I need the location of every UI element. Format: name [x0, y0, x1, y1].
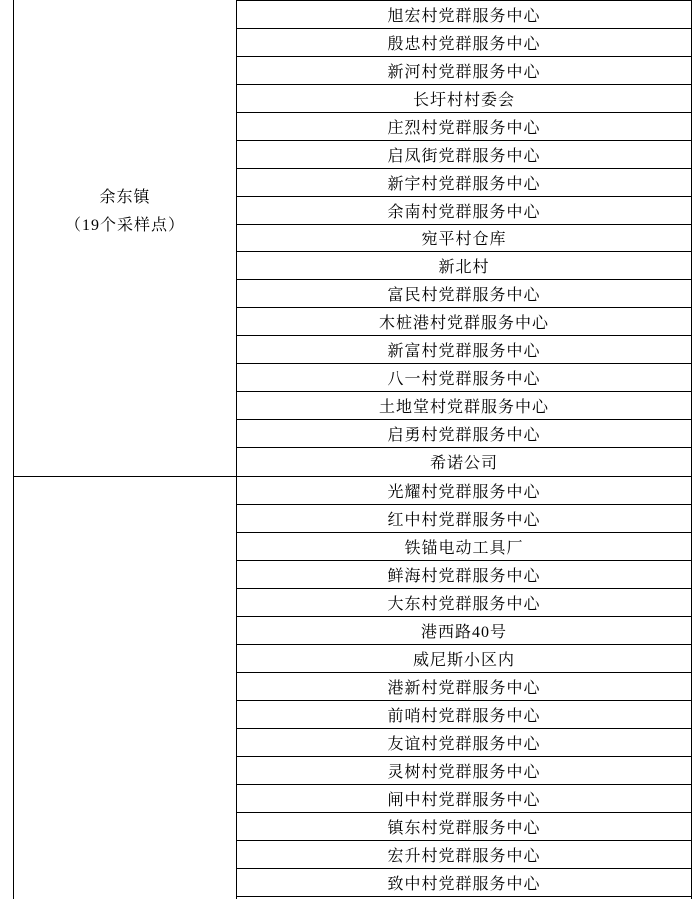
- table-row: 新北村: [237, 252, 691, 280]
- table-row: 庄烈村党群服务中心: [237, 113, 691, 141]
- site-name: 红中村党群服务中心: [387, 507, 540, 530]
- site-name: 闸中村党群服务中心: [387, 787, 540, 810]
- table-row: 长圩村村委会: [237, 85, 691, 113]
- site-name: 新北村: [438, 254, 489, 277]
- table-row: 镇东村党群服务中心: [237, 813, 691, 841]
- town-section-next: 光耀村党群服务中心 红中村党群服务中心 铁锚电动工具厂 鲜海村党群服务中心 大东…: [14, 477, 691, 899]
- site-name: 大东村党群服务中心: [387, 591, 540, 614]
- site-name: 启勇村党群服务中心: [387, 422, 540, 445]
- table-row: 启凤街党群服务中心: [237, 141, 691, 169]
- site-name: 镇东村党群服务中心: [387, 815, 540, 838]
- site-name: 木桩港村党群服务中心: [379, 310, 549, 333]
- sampling-sites-table: 余东镇 （19个采样点） 旭宏村党群服务中心 殷忠村党群服务中心 新河村党群服务…: [13, 0, 692, 899]
- site-name: 光耀村党群服务中心: [387, 479, 540, 502]
- table-row: 灵树村党群服务中心: [237, 757, 691, 785]
- site-name: 长圩村村委会: [413, 87, 515, 110]
- table-row: 港新村党群服务中心: [237, 673, 691, 701]
- table-row: 新河村党群服务中心: [237, 57, 691, 85]
- site-name: 新河村党群服务中心: [387, 59, 540, 82]
- table-row: 宛平村仓库: [237, 225, 691, 253]
- table-row: 友谊村党群服务中心: [237, 729, 691, 757]
- table-row: 殷忠村党群服务中心: [237, 29, 691, 57]
- table-row: 希诺公司: [237, 448, 691, 476]
- table-row: 木桩港村党群服务中心: [237, 308, 691, 336]
- site-name: 友谊村党群服务中心: [387, 731, 540, 754]
- table-row: 旭宏村党群服务中心: [237, 1, 691, 29]
- table-row: 前哨村党群服务中心: [237, 701, 691, 729]
- table-row: 新宇村党群服务中心: [237, 169, 691, 197]
- site-name: 新富村党群服务中心: [387, 338, 540, 361]
- site-name: 启凤街党群服务中心: [387, 143, 540, 166]
- table-row: 土地堂村党群服务中心: [237, 392, 691, 420]
- site-name: 港新村党群服务中心: [387, 675, 540, 698]
- site-rows: 光耀村党群服务中心 红中村党群服务中心 铁锚电动工具厂 鲜海村党群服务中心 大东…: [237, 477, 691, 899]
- table-row: 致中村党群服务中心: [237, 869, 691, 897]
- table-row: 富民村党群服务中心: [237, 280, 691, 308]
- site-name: 灵树村党群服务中心: [387, 759, 540, 782]
- table-row: 新富村党群服务中心: [237, 336, 691, 364]
- site-name: 威尼斯小区内: [413, 647, 515, 670]
- site-name: 余南村党群服务中心: [387, 199, 540, 222]
- table-row: 宏升村党群服务中心: [237, 841, 691, 869]
- site-name: 新宇村党群服务中心: [387, 171, 540, 194]
- site-name: 希诺公司: [430, 450, 498, 473]
- site-name: 铁锚电动工具厂: [404, 535, 523, 558]
- town-section-yudong: 余东镇 （19个采样点） 旭宏村党群服务中心 殷忠村党群服务中心 新河村党群服务…: [14, 0, 691, 477]
- town-label: 余东镇 （19个采样点）: [14, 184, 236, 240]
- table-row: 红中村党群服务中心: [237, 505, 691, 533]
- table-row: 鲜海村党群服务中心: [237, 561, 691, 589]
- site-name: 殷忠村党群服务中心: [387, 31, 540, 54]
- site-name: 旭宏村党群服务中心: [387, 3, 540, 26]
- table-row: 威尼斯小区内: [237, 645, 691, 673]
- table-row: 余南村党群服务中心: [237, 197, 691, 225]
- site-name: 鲜海村党群服务中心: [387, 563, 540, 586]
- table-row: 八一村党群服务中心: [237, 364, 691, 392]
- town-cell: 余东镇 （19个采样点）: [14, 0, 237, 476]
- table-row: 光耀村党群服务中心: [237, 477, 691, 505]
- town-name: 余东镇: [14, 184, 236, 212]
- town-cell-empty: [14, 477, 237, 899]
- site-name: 庄烈村党群服务中心: [387, 115, 540, 138]
- site-name: 宏升村党群服务中心: [387, 843, 540, 866]
- site-name: 致中村党群服务中心: [387, 871, 540, 894]
- site-name: 宛平村仓库: [421, 226, 506, 249]
- site-name: 八一村党群服务中心: [387, 366, 540, 389]
- site-rows: 旭宏村党群服务中心 殷忠村党群服务中心 新河村党群服务中心 长圩村村委会 庄烈村…: [237, 0, 691, 476]
- site-name: 富民村党群服务中心: [387, 282, 540, 305]
- site-name: 港西路40号: [421, 619, 507, 642]
- town-sample-count: （19个采样点）: [14, 212, 236, 240]
- site-name: 土地堂村党群服务中心: [379, 394, 549, 417]
- table-row: 港西路40号: [237, 617, 691, 645]
- table-row: 启勇村党群服务中心: [237, 420, 691, 448]
- table-row: 铁锚电动工具厂: [237, 533, 691, 561]
- site-name: 前哨村党群服务中心: [387, 703, 540, 726]
- table-row: 大东村党群服务中心: [237, 589, 691, 617]
- table-row: 闸中村党群服务中心: [237, 785, 691, 813]
